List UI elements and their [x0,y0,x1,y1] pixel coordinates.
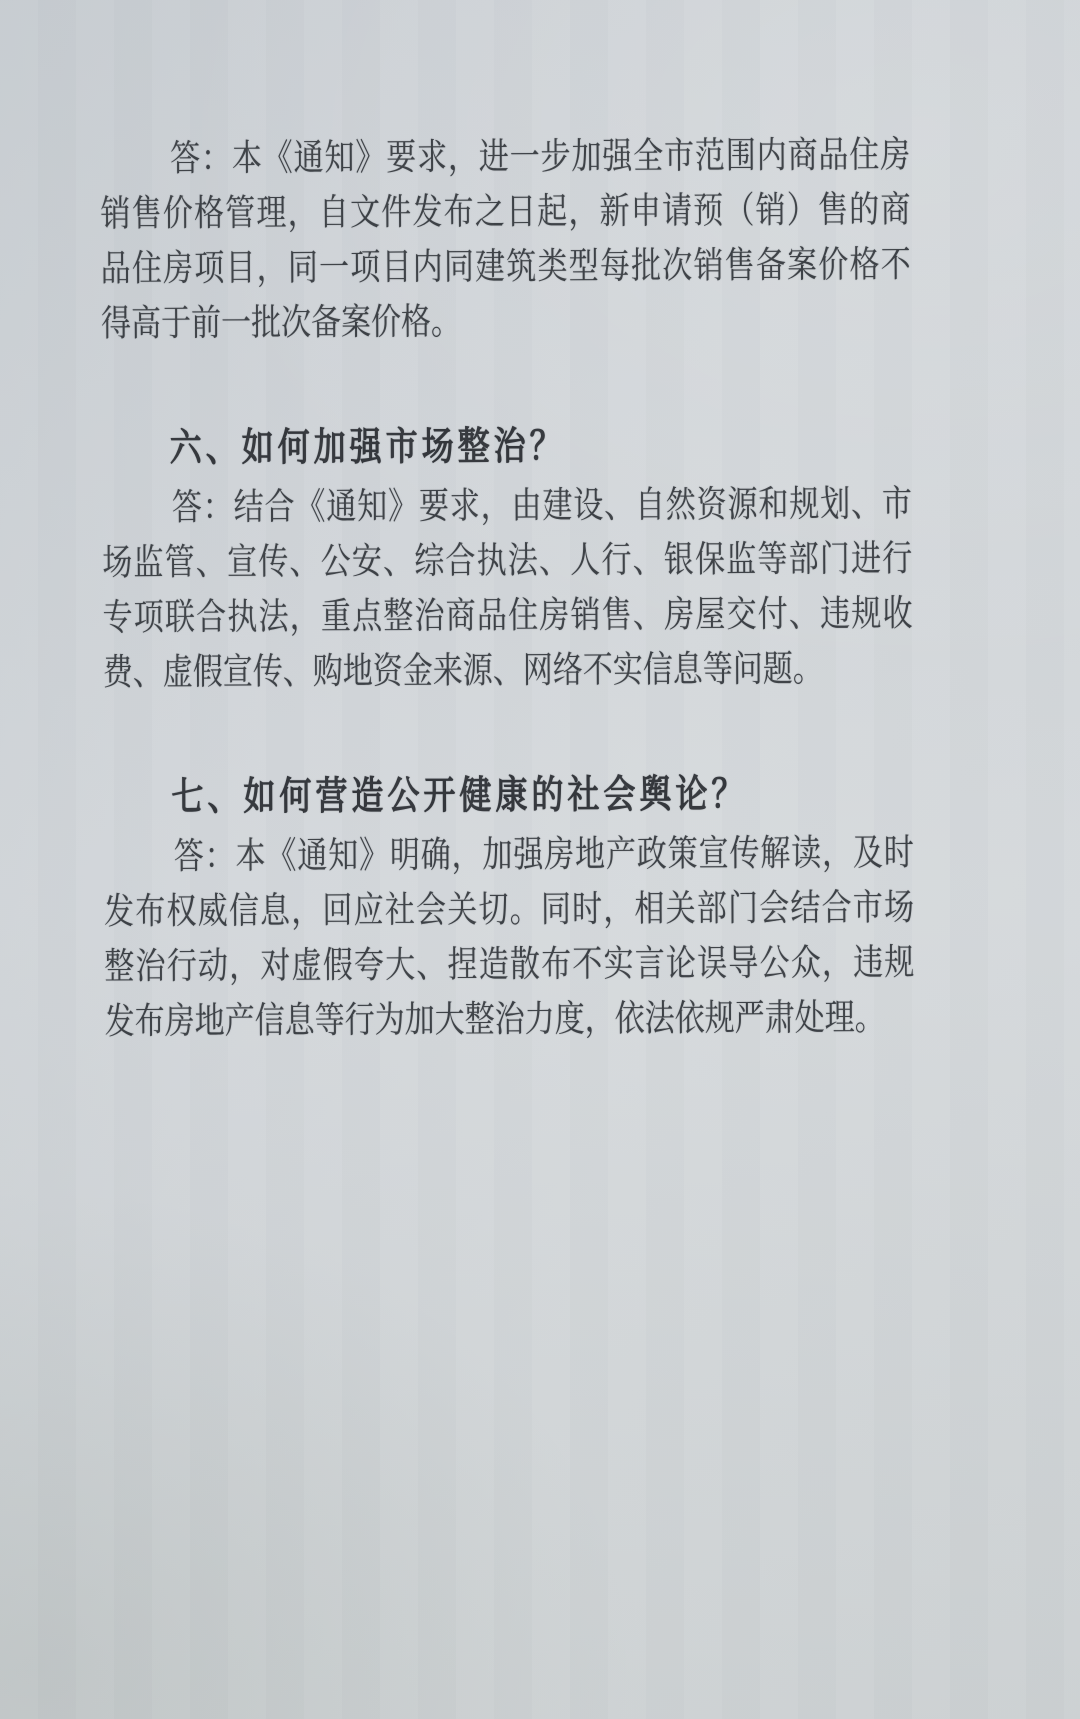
answer-paragraph-7: 答：本《通知》明确，加强房地产政策宣传解读，及时 发布权威信息，回应社会关切。同… [104,826,915,1050]
section-7-heading: 七、如何营造公开健康的社会舆论？ [103,766,913,825]
text-line: 发布权威信息，回应社会关切。同时，相关部门会结合市场 [104,880,914,939]
text-line: 发布房地产信息等行为加大整治力度，依法依规严肃处理。 [105,990,915,1049]
text-line: 整治行动，对虚假夸大、捏造散布不实言论误导公众，违规 [104,935,914,994]
text-line: 得高于前一批次备案价格。 [101,292,911,351]
text-line: 场监管、宣传、公安、综合执法、人行、银保监等部门进行 [102,532,912,591]
section-6-heading: 六、如何加强市场整治？ [102,417,912,476]
text-line: 销售价格管理，自文件发布之日起，新申请预（销）售的商 [100,183,910,242]
text-line: 费、虚假宣传、购地资金来源、网络不实信息等问题。 [103,641,913,700]
text-line: 答：本《通知》要求，进一步加强全市范围内商品住房 [100,128,910,187]
document-text-block: 答：本《通知》要求，进一步加强全市范围内商品住房 销售价格管理，自文件发布之日起… [100,128,915,1050]
text-line: 专项联合执法，重点整治商品住房销售、房屋交付、违规收 [102,586,912,645]
text-line: 答：结合《通知》要求，由建设、自然资源和规划、市 [102,477,912,536]
text-line: 答：本《通知》明确，加强房地产政策宣传解读，及时 [104,826,914,885]
document-photo: 答：本《通知》要求，进一步加强全市范围内商品住房 销售价格管理，自文件发布之日起… [0,0,1080,1719]
text-line: 品住房项目，同一项目内同建筑类型每批次销售备案价格不 [101,238,911,297]
answer-paragraph-5: 答：本《通知》要求，进一步加强全市范围内商品住房 销售价格管理，自文件发布之日起… [100,128,911,352]
answer-paragraph-6: 答：结合《通知》要求，由建设、自然资源和规划、市 场监管、宣传、公安、综合执法、… [102,477,913,701]
